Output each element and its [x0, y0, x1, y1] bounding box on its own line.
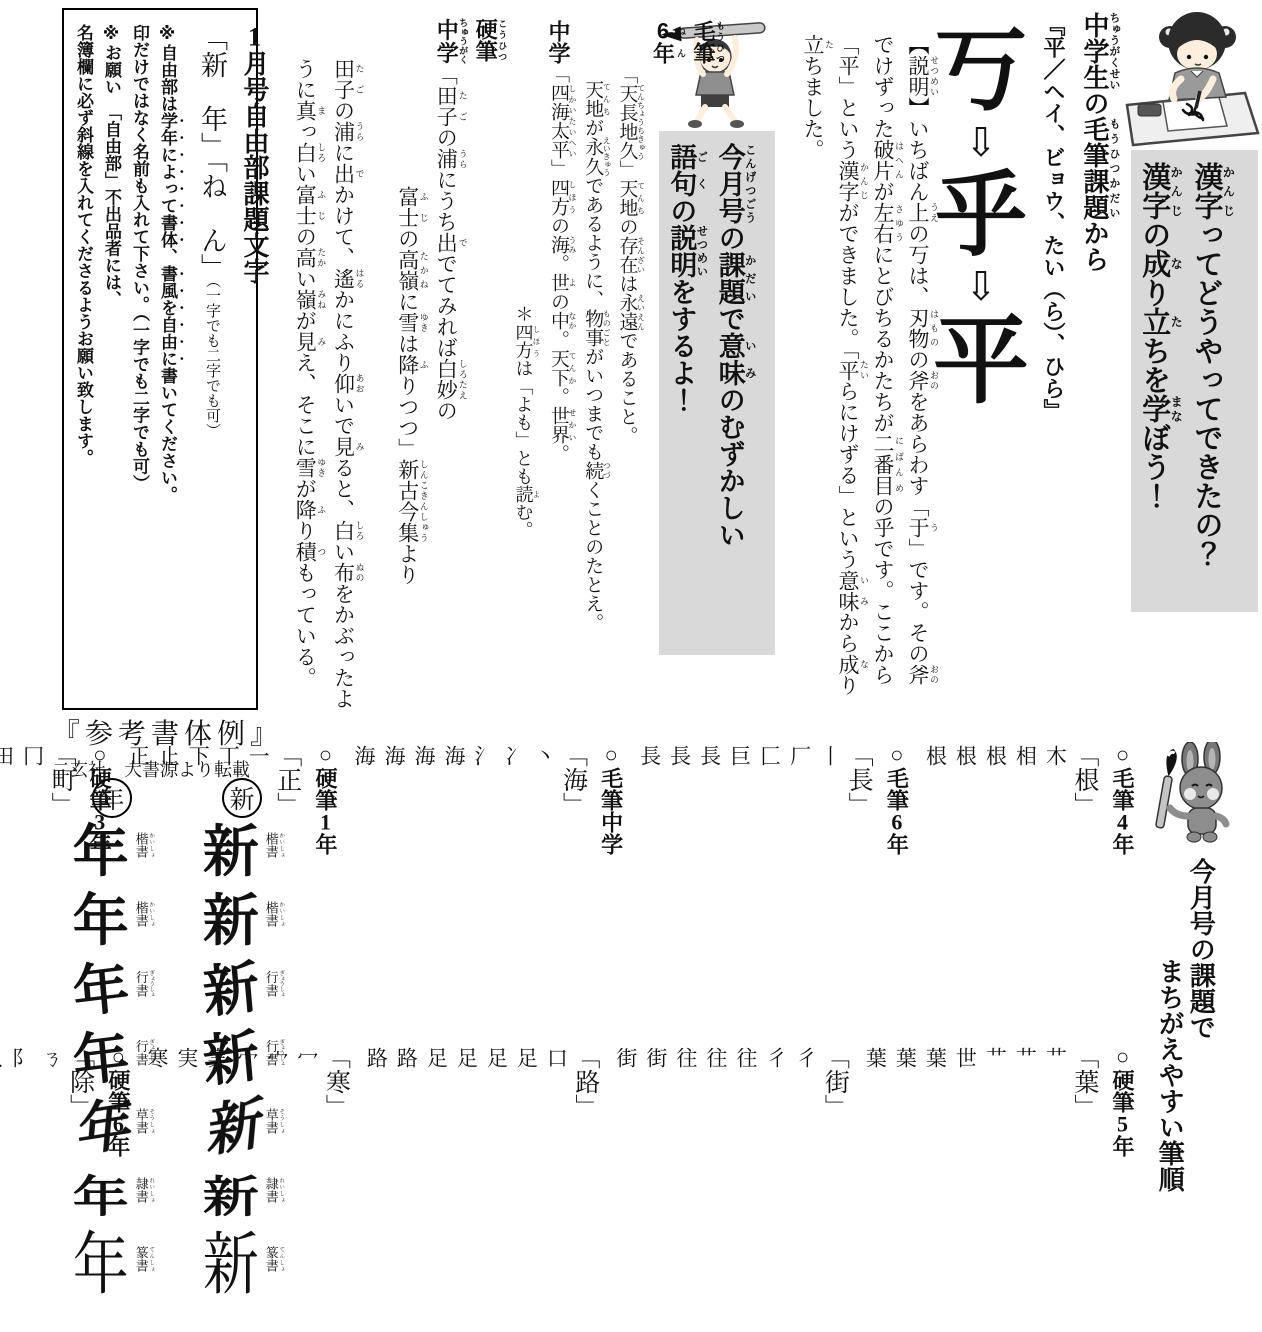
main-headline-banner: 漢字かんじってどうやってできたの？ 漢字かんじの成なり立たちを学まなぼう！ [1131, 150, 1258, 612]
notice-title: 1月号自由部課題文字 [236, 24, 273, 698]
stroke-column-海: 「海」丶冫氵海海海海 [349, 742, 587, 1058]
stroke-group-label: ○毛筆4年 [1110, 742, 1134, 1058]
notice-note2b: 名簿欄に必ず斜線を入れてくださるようお願い致します。 [71, 24, 96, 698]
stroke-step: 丨 [815, 745, 845, 1058]
stroke-step: 往 [701, 1047, 731, 1332]
poem-explanation-2: うに真まっ白しろい富士ふじの高たかい嶺みねが見みえ、そこに雪ゆきが降ふり積つもっ… [292, 58, 326, 730]
stroke-step: 葉 [890, 1047, 920, 1332]
chugaku-label: 中学 [546, 20, 571, 64]
stroke-column-町: 「町」冂田田町町 [0, 742, 75, 1058]
stroke-group-label: ○硬筆3年 [87, 742, 111, 1058]
stroke-heading-line2: まちがえやすい筆順 [1154, 958, 1185, 1332]
stroke-step: 氵 [469, 745, 499, 1058]
stroke-column-寒: 「寒」冖宀宀実実寒 [142, 1044, 350, 1332]
stroke-target-kanji: 「長」 [845, 742, 873, 1058]
stroke-step: 実 [202, 1047, 232, 1332]
notice-subject: 「新 年」「ね ん」（一字でも二字でも可） [193, 24, 232, 698]
brush-topic-section: 中学生ちゅうがくせいの毛筆課題もうひつかだいから 『平／ヘイ、ビョウ、たい（ら）… [1038, 12, 1128, 482]
stroke-step: 路 [361, 1047, 391, 1332]
stroke-target-kanji: 「海」 [559, 742, 587, 1058]
stroke-step: 路 [391, 1047, 421, 1332]
stroke-step: 彳 [761, 1047, 791, 1332]
stroke-step: 匚 [755, 745, 785, 1058]
stroke-order-band-lower: ○硬筆5年「葉」艹艹艹世葉葉葉「街」彳彳往往往街街「路」口足足足足路路「寒」冖宀… [474, 1044, 1134, 1332]
note1-prefix: ※自由部は [158, 24, 177, 112]
stroke-step: 往 [731, 1047, 761, 1332]
notice-box: 1月号自由部課題文字 「新 年」「ね ん」（一字でも二字でも可） ※自由部は学年… [62, 8, 258, 710]
notice-note1: ※自由部は学年によって書体、書風を自由に書いてください。 [155, 24, 187, 698]
notice-note1b: 印だけではなく名前も入れて下さい。（一字でも二字でも可） [127, 24, 152, 698]
subject-note: （一字でも二字でも可） [204, 281, 220, 439]
stroke-step: 口 [541, 1047, 571, 1332]
stroke-step: 田 [0, 745, 18, 1058]
stroke-column-根: 「根」木相根根根 [920, 742, 1098, 1058]
explanation-paragraph: 【説明せつめい】いちばん上うえの丂は、刃物はものの斧おのをあらわす「于う」です。… [795, 34, 937, 702]
stroke-step: 下 [183, 745, 213, 1058]
stroke-step: 往 [671, 1047, 701, 1332]
topic-source-line: 中学生ちゅうがくせいの毛筆課題もうひつかだいから [1077, 12, 1120, 482]
stroke-step: ㄋ [36, 1047, 66, 1332]
evolution-stage-1: 丂 [935, 22, 1027, 119]
stroke-step: 街 [611, 1047, 641, 1332]
stroke-target-kanji: 「町」 [48, 742, 76, 1058]
explanation-text: 【説明せつめい】いちばん上うえの丂は、刃物はものの斧おのをあらわす「于う」です。… [795, 34, 939, 702]
stroke-step: 止 [153, 745, 183, 1058]
girl-writing-calligraphy-icon [1125, 5, 1260, 147]
stroke-column-路: 「路」口足足足足路路 [361, 1044, 599, 1332]
kanji-evolution-diagram: 丂 ⇩ 乎 ⇩ 平 [928, 22, 1034, 467]
stroke-step: 足 [511, 1047, 541, 1332]
grade6-label: 6年ねん [649, 20, 686, 720]
stroke-step: 丅 [213, 745, 243, 1058]
stroke-step: 相 [1010, 745, 1040, 1058]
yomo-note: ＊四方しほうは「よも」とも読よむ。 [512, 305, 541, 720]
stroke-step: 足 [481, 1047, 511, 1332]
down-arrow-icon: ⇩ [964, 123, 998, 163]
stroke-group-label: ○硬筆5年 [1110, 1044, 1134, 1332]
stroke-group-label: ○硬筆6年 [106, 1044, 130, 1332]
stroke-step: 艹 [1010, 1047, 1040, 1332]
tencho-definition-1: 「天長地久てんちょうちきゅう」天地てんちの存在そんざいは永遠えいえんであること。 [615, 65, 645, 720]
notice-note2a: ※お願い 「自由部」不出品者には、 [99, 24, 124, 698]
stroke-step: 街 [641, 1047, 671, 1332]
note1-emphasized: 学年によって書体、書風を自由に [158, 112, 177, 367]
newsletter-page: { "header": { "girl_illustration": "girl… [0, 0, 1262, 1332]
stroke-step: 長 [695, 745, 725, 1058]
stroke-step: 阝 [6, 1047, 36, 1332]
stroke-step: 海 [439, 745, 469, 1058]
stroke-step: 正 [123, 745, 153, 1058]
stroke-step: 海 [379, 745, 409, 1058]
stroke-step: 寒 [142, 1047, 172, 1332]
poem-line2: 富士ふじの高嶺たかねに雪ゆきは降ふりつつ」新古今集しんこきんしゅうより [395, 186, 429, 730]
mouhitsu-label: 毛筆もうひつ [690, 20, 725, 720]
vocab-definitions-section: 毛筆もうひつ 6年ねん 「天長地久てんちょうちきゅう」天地てんちの存在そんざいは… [508, 20, 658, 720]
headline-line2: 漢字かんじの成なり立たちを学まなぼう！ [1137, 162, 1183, 602]
evolution-stage-3: 平 [933, 311, 1029, 412]
stroke-target-kanji: 「根」 [1070, 742, 1098, 1058]
evolution-stage-2: 乎 [935, 167, 1027, 264]
stroke-step: 厂 [785, 745, 815, 1058]
stroke-column-長: 「長」丨厂匚巨長長長 [635, 742, 873, 1058]
stroke-step: 巨 [725, 745, 755, 1058]
stroke-step: 宀 [262, 1047, 292, 1332]
stroke-step: 葉 [920, 1047, 950, 1332]
stroke-step: 丶 [529, 745, 559, 1058]
down-arrow-icon: ⇩ [964, 267, 998, 307]
stroke-group-label: ○毛筆6年 [884, 742, 908, 1058]
stroke-target-kanji: 「正」 [273, 742, 301, 1058]
stroke-column-街: 「街」彳彳往往往街街 [611, 1044, 849, 1332]
kouhitsu-poem-section: 硬筆こうひつ 中学ちゅうがく「田子たごの浦うらにうち出ででてみれば白妙しろたえの… [288, 18, 506, 730]
stroke-step: 長 [635, 745, 665, 1058]
stroke-target-kanji: 「寒」 [322, 1044, 350, 1332]
stroke-step: 一 [243, 745, 273, 1058]
stroke-step: 冂 [18, 745, 48, 1058]
poem-explanation-1: 田子たごの浦うらに出でかけて、遙はるかにふり仰あおいで見みると、白しろい布ぬのを… [330, 58, 364, 730]
stroke-step: 根 [950, 745, 980, 1058]
stroke-column-正: 「正」一丅下止正 [123, 742, 301, 1058]
subject-characters: 「新 年」「ね ん」 [197, 24, 227, 281]
stroke-step: 木 [1040, 745, 1070, 1058]
stroke-step: 海 [409, 745, 439, 1058]
stroke-step: 海 [349, 745, 379, 1058]
note1-suffix: 書いてください。 [158, 367, 177, 503]
shikai-column: 中学「四海太平しかいたいへい」四方しほうの海うみ。世よの中なか。天下てんか。世界… [545, 20, 577, 720]
stroke-target-kanji: 「葉」 [1070, 1044, 1098, 1332]
topic-kanji-line: 『平／ヘイ、ビョウ、たい（ら）、ひら』 [1038, 14, 1069, 482]
stroke-step: 彳 [791, 1047, 821, 1332]
stroke-step: 長 [665, 745, 695, 1058]
stroke-step: 世 [950, 1047, 980, 1332]
stroke-heading-line1: 今月号の課題で [1185, 858, 1216, 1332]
stroke-column-除: 「除」ㄋ阝队除除除 [0, 1044, 94, 1332]
kouhitsu-chugaku-label: 中学ちゅうがく [434, 18, 459, 64]
stroke-step: 根 [980, 745, 1010, 1058]
stroke-target-kanji: 「街」 [821, 1044, 849, 1332]
stroke-step: 冫 [499, 745, 529, 1058]
kouhitsu-label: 硬筆こうひつ [472, 18, 507, 730]
stroke-order-band-upper: ○毛筆4年「根」木相根根根○毛筆6年「長」丨厂匚巨長長長○毛筆中学「海」丶冫氵海… [404, 742, 1134, 1058]
shikai-definition: 「四海太平しかいたいへい」四方しほうの海うみ。世よの中なか。天下てんか。世界せか… [548, 64, 569, 463]
stroke-step: 葉 [860, 1047, 890, 1332]
poem-line1: 「田子たごの浦うらにうち出ででてみれば白妙しろたえの [434, 64, 458, 421]
stroke-step: 艹 [1040, 1047, 1070, 1332]
stroke-group-label: ○毛筆中学 [598, 742, 622, 1058]
stroke-column-葉: 「葉」艹艹艹世葉葉葉 [860, 1044, 1098, 1332]
tencho-definition-2: 天地てんちが永久えいきゅうであるように、物事ものごとがいつまでも続つづくことのた… [581, 80, 611, 720]
stroke-order-heading: 今月号の課題で まちがえやすい筆順 [1146, 858, 1258, 1332]
stroke-target-kanji: 「路」 [571, 1044, 599, 1332]
stroke-step: 宀 [232, 1047, 262, 1332]
stroke-step: 根 [920, 745, 950, 1058]
stroke-step: 足 [451, 1047, 481, 1332]
headline-line1: 漢字かんじってどうやってできたの？ [1189, 162, 1235, 602]
stroke-group-label: ○硬筆1年 [313, 742, 337, 1058]
stroke-target-kanji: 「除」 [66, 1044, 94, 1332]
stroke-step: 足 [421, 1047, 451, 1332]
stroke-step: 艹 [980, 1047, 1010, 1332]
stroke-step: 队 [0, 1047, 6, 1332]
rabbit-holding-brush-icon [1138, 742, 1256, 850]
stroke-step: 実 [172, 1047, 202, 1332]
poem-column-1: 中学ちゅうがく「田子たごの浦うらにうち出ででてみれば白妙しろたえの [433, 18, 468, 730]
stroke-step: 冖 [292, 1047, 322, 1332]
